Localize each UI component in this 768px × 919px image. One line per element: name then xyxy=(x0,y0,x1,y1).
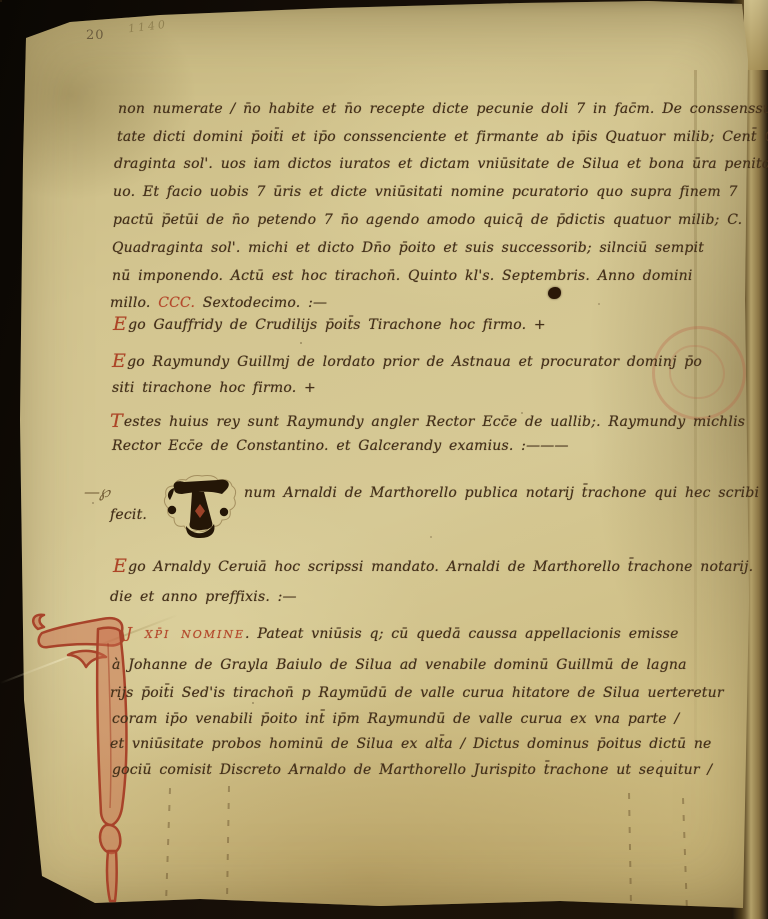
text-line: à Johanne de Grayla Baiulo de Silua ad v… xyxy=(112,657,687,674)
rubricated-numeral: CCC. xyxy=(158,295,195,311)
text-line: Rector Ecc̄e de Constantino. et Galceran… xyxy=(112,438,569,455)
initial-t-left-dot xyxy=(168,506,176,514)
faint-red-seal-stamp xyxy=(652,326,746,420)
rubricated-initial: E xyxy=(113,555,127,577)
marginal-paragraph-sign: —℘ xyxy=(84,482,109,501)
incipit-line: J xp̄i nomine. Pateat vniūsis q; cū qued… xyxy=(126,624,679,643)
text-line: tate dicti domini p̄oit̄i et ip̄o consse… xyxy=(117,129,768,146)
text-line: rijs p̄oit̄i Sed'is tirachon̄ p Raymūdū … xyxy=(110,685,724,702)
initial-t-bar-curl xyxy=(168,488,174,500)
text-line: Quadraginta sol'. michi et dicto Dn̄o p̄… xyxy=(112,240,704,257)
text-span: gociū comisit Discreto Arnaldo de Martho… xyxy=(112,762,712,778)
text-line: coram ip̄o venabili p̄oito int̄ ip̄m Ray… xyxy=(112,711,679,728)
subscription-line: Ego Raymundy Guillmj de lordato prior de… xyxy=(112,349,702,372)
text-line: fecit. xyxy=(110,507,147,524)
text-span: millo. xyxy=(110,295,158,311)
text-span: go Gauffridy de Crudilijs p̄oit̄s Tirach… xyxy=(128,317,546,333)
text-span: Quadraginta sol'. michi et dicto Dn̄o p̄… xyxy=(112,240,704,256)
text-span: rijs p̄oit̄i Sed'is tirachon̄ p Raymūdū … xyxy=(110,685,724,701)
text-span: non numerate / n̄o habite et n̄o recepte… xyxy=(118,101,768,117)
signum-line: num Arnaldi de Marthorello publica notar… xyxy=(244,485,759,502)
rubricated-invocation: J xp̄i nomine xyxy=(126,624,245,642)
text-span: siti tirachone hoc firmo. + xyxy=(112,380,316,396)
ink-blot xyxy=(548,287,561,299)
text-span: draginta sol'. uos iam dictos iuratos et… xyxy=(114,156,768,172)
text-line-dating-clause: millo. CCC. Sextodecimo. :— xyxy=(110,295,327,312)
text-span: fecit. xyxy=(110,507,147,523)
text-line: draginta sol'. uos iam dictos iuratos et… xyxy=(114,156,768,173)
text-line: gociū comisit Discreto Arnaldo de Martho… xyxy=(112,762,712,779)
text-line: et vniūsitate probos hominū de Silua ex … xyxy=(110,736,712,753)
text-line: uo. Et facio uobis 7 ūris et dicte vniūs… xyxy=(113,184,738,201)
text-span: . Pateat vniūsis q; cū quedā caussa appe… xyxy=(245,626,679,642)
text-span: coram ip̄o venabili p̄oito int̄ ip̄m Ray… xyxy=(112,711,679,727)
text-span: pactū p̄etūi de n̄o petendo 7 n̄o agendo… xyxy=(113,212,742,228)
text-span: num Arnaldi de Marthorello publica notar… xyxy=(244,485,759,501)
text-line: nū imponendo. Actū est hoc tirachon̄. Qu… xyxy=(112,268,693,285)
initial-t-bar xyxy=(174,480,229,494)
folio-number: 20 xyxy=(86,28,105,43)
text-span: go Arnaldy Ceruiā hoc scripssi mandato. … xyxy=(128,559,753,575)
text-line: pactū p̄etūi de n̄o petendo 7 n̄o agendo… xyxy=(113,212,742,229)
text-line: siti tirachone hoc firmo. + xyxy=(112,380,316,397)
text-span: tate dicti domini p̄oit̄i et ip̄o consse… xyxy=(117,129,768,145)
rubricated-initial: T xyxy=(110,410,123,432)
illuminated-initial-I xyxy=(28,603,146,903)
witness-line: Testes huius rey sunt Raymundy angler Re… xyxy=(110,409,745,432)
rubricated-initial: E xyxy=(113,313,127,335)
text-span: Sextodecimo. :— xyxy=(195,295,327,311)
initial-t-right-dot xyxy=(220,508,228,516)
text-span: uo. Et facio uobis 7 ūris et dicte vniūs… xyxy=(113,184,738,200)
initial-i-tail xyxy=(107,851,117,901)
subscription-line: Ego Gauffridy de Crudilijs p̄oit̄s Tirac… xyxy=(113,312,546,335)
text-line: non numerate / n̄o habite et n̄o recepte… xyxy=(118,101,768,118)
text-span: à Johanne de Grayla Baiulo de Silua ad v… xyxy=(112,657,687,673)
initial-i-curl xyxy=(33,615,44,629)
parchment-specks xyxy=(0,0,2,2)
decorated-initial-T xyxy=(162,474,238,546)
scribe-line: Ego Arnaldy Ceruiā hoc scripssi mandato.… xyxy=(113,554,753,577)
text-span: go Raymundy Guillmj de lordato prior de … xyxy=(127,354,702,370)
text-span: et vniūsitate probos hominū de Silua ex … xyxy=(110,736,712,752)
rubricated-initial: E xyxy=(112,350,126,372)
initial-i-knob xyxy=(100,825,120,853)
text-span: estes huius rey sunt Raymundy angler Rec… xyxy=(124,414,745,430)
text-span: nū imponendo. Actū est hoc tirachon̄. Qu… xyxy=(112,268,693,284)
text-span: Rector Ecc̄e de Constantino. et Galceran… xyxy=(112,438,569,454)
manuscript-photo: 20 1140 non numerate / n̄o habite et n̄o… xyxy=(0,0,768,919)
